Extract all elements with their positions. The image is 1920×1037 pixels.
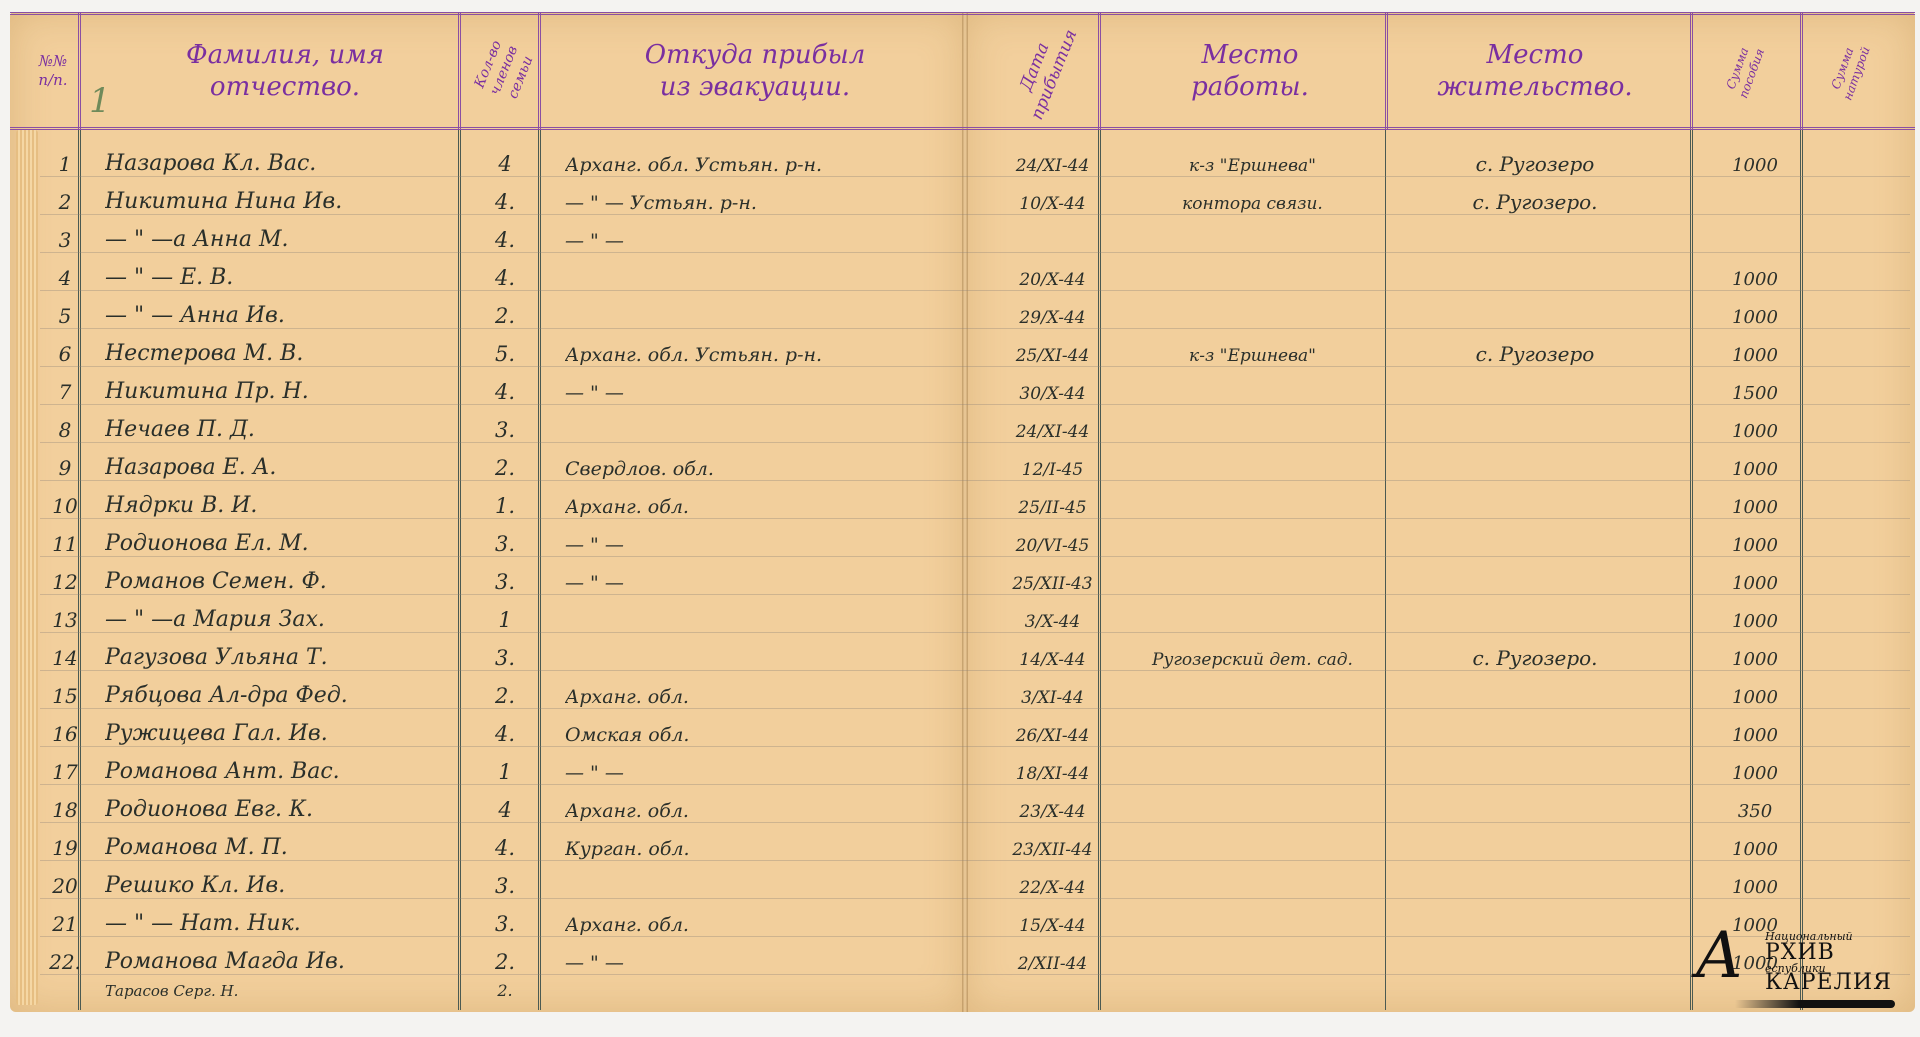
row-work [1125, 214, 1380, 252]
row-date: 12/I-45 [995, 442, 1110, 480]
row-residence [1400, 594, 1670, 632]
row-residence: с. Ругозеро [1400, 138, 1670, 176]
row-name: — " —а Мария Зах. [105, 594, 465, 632]
row-family: 3. [470, 556, 540, 594]
row-work [1125, 518, 1380, 556]
row-name: — " — Анна Ив. [105, 290, 465, 328]
row-name: Рябцова Ал-дра Фед. [105, 670, 465, 708]
row-amount: 1000 [1710, 480, 1800, 518]
row-work [1125, 556, 1380, 594]
row-from: Арханг. обл. [565, 670, 965, 708]
table-row: 16 Ружицева Гал. Ив. 4. Омская обл. 26/X… [10, 708, 1915, 746]
row-family: 1. [470, 480, 540, 518]
row-residence [1400, 366, 1670, 404]
table-row: 6 Нестерова М. В. 5. Арханг. обл. Устьян… [10, 328, 1915, 366]
row-date: 20/X-44 [995, 252, 1110, 290]
table-row: 10 Нядрки В. И. 1. Арханг. обл. 25/II-45… [10, 480, 1915, 518]
archive-watermark: А Национальный РХИВ еспублики КАРЕЛИЯ [1695, 930, 1895, 1000]
row-amount [1710, 214, 1800, 252]
row-amount: 1000 [1710, 138, 1800, 176]
row-name: Нестерова М. В. [105, 328, 465, 366]
row-residence [1400, 442, 1670, 480]
row-amount: 1000 [1710, 518, 1800, 556]
row-date: 29/X-44 [995, 290, 1110, 328]
row-work [1125, 252, 1380, 290]
ledger-spread: №№ п/п. 1 Фамилия, имя отчество. Кол-во … [10, 12, 1915, 1012]
row-work [1125, 746, 1380, 784]
row-amount: 1000 [1710, 404, 1800, 442]
header-number: №№ п/п. [28, 15, 78, 127]
row-number: 18 [40, 784, 90, 822]
row-from: Свердлов. обл. [565, 442, 965, 480]
row-family: 3. [470, 898, 540, 936]
row-amount: 1000 [1710, 746, 1800, 784]
row-number: 19 [40, 822, 90, 860]
row-number: 8 [40, 404, 90, 442]
row-residence [1400, 936, 1670, 974]
row-name: Назарова Е. А. [105, 442, 465, 480]
row-number: 17 [40, 746, 90, 784]
row-name: Назарова Кл. Вас. [105, 138, 465, 176]
row-residence [1400, 708, 1670, 746]
table-row: 5 — " — Анна Ив. 2. 29/X-44 1000 [10, 290, 1915, 328]
row-amount: 1000 [1710, 594, 1800, 632]
table-row: 20 Решико Кл. Ив. 3. 22/X-44 1000 [10, 860, 1915, 898]
row-from: Курган. обл. [565, 822, 965, 860]
row-work [1125, 784, 1380, 822]
row-work [1125, 404, 1380, 442]
row-from [565, 632, 965, 670]
row-name: Ружицева Гал. Ив. [105, 708, 465, 746]
row-name: Романова М. П. [105, 822, 465, 860]
row-from: Арханг. обл. Устьян. р-н. [565, 138, 965, 176]
row-family: 2. [470, 442, 540, 480]
row-name: Нядрки В. И. [105, 480, 465, 518]
row-name: — " — Нат. Ник. [105, 898, 465, 936]
table-row: 14 Рагузова Ульяна Т. 3. 14/X-44 Ругозер… [10, 632, 1915, 670]
row-number: 21 [40, 898, 90, 936]
row-family: 2. [470, 936, 540, 974]
row-name: — " — Е. В. [105, 252, 465, 290]
row-date: 15/X-44 [995, 898, 1110, 936]
row-name: Родионова Ел. М. [105, 518, 465, 556]
row-family: 4. [470, 708, 540, 746]
row-residence [1400, 290, 1670, 328]
row-date: 3/X-44 [995, 594, 1110, 632]
row-amount: 1000 [1710, 670, 1800, 708]
row-work [1125, 670, 1380, 708]
row-name: Рагузова Ульяна Т. [105, 632, 465, 670]
row-date: 30/X-44 [995, 366, 1110, 404]
row-amount: 1000 [1710, 860, 1800, 898]
row-date: 3/XI-44 [995, 670, 1110, 708]
row-work [1125, 822, 1380, 860]
row-residence: с. Ругозеро. [1400, 632, 1670, 670]
column-divider [1385, 12, 1388, 130]
row-amount: 1000 [1710, 252, 1800, 290]
table-row: 4 — " — Е. В. 4. 20/X-44 1000 [10, 252, 1915, 290]
row-family: 1 [470, 746, 540, 784]
row-family: 4. [470, 822, 540, 860]
table-row: 8 Нечаев П. Д. 3. 24/XI-44 1000 [10, 404, 1915, 442]
column-divider [78, 12, 81, 130]
row-name: Романова Ант. Вас. [105, 746, 465, 784]
row-amount: 1000 [1710, 328, 1800, 366]
row-number: 14 [40, 632, 90, 670]
row-date [995, 214, 1110, 252]
row-date: 18/XI-44 [995, 746, 1110, 784]
row-from [565, 860, 965, 898]
row-family: 3. [470, 404, 540, 442]
table-row: 17 Романова Ант. Вас. 1 — " — 18/XI-44 1… [10, 746, 1915, 784]
row-number: 10 [40, 480, 90, 518]
table-row: 21 — " — Нат. Ник. 3. Арханг. обл. 15/X-… [10, 898, 1915, 936]
row-name: Никитина Нина Ив. [105, 176, 465, 214]
row-family: 4 [470, 784, 540, 822]
row-amount: 1000 [1710, 822, 1800, 860]
row-residence [1400, 252, 1670, 290]
row-from [565, 404, 965, 442]
row-from [565, 594, 965, 632]
table-row: 11 Родионова Ел. М. 3. — " — 20/VI-45 10… [10, 518, 1915, 556]
row-date: 20/VI-45 [995, 518, 1110, 556]
column-divider [1690, 12, 1693, 130]
row-number: 1 [40, 138, 90, 176]
row-from: Омская обл. [565, 708, 965, 746]
table-row: 19 Романова М. П. 4. Курган. обл. 23/XII… [10, 822, 1915, 860]
row-from: — " — [565, 366, 965, 404]
row-amount: 1000 [1710, 708, 1800, 746]
row-residence [1400, 784, 1670, 822]
row-family: 2. [470, 970, 540, 1000]
row-date: 25/XII-43 [995, 556, 1110, 594]
table-row: 2 Никитина Нина Ив. 4. — " — Устьян. р-н… [10, 176, 1915, 214]
row-residence [1400, 404, 1670, 442]
row-number: 20 [40, 860, 90, 898]
column-divider [538, 12, 541, 130]
row-residence: с. Ругозеро [1400, 328, 1670, 366]
row-from [565, 290, 965, 328]
row-work: контора связи. [1125, 176, 1380, 214]
header-from-where: Откуда прибыл из эвакуации. [555, 15, 955, 127]
table-row: 12 Романов Семен. Ф. 3. — " — 25/XII-43 … [10, 556, 1915, 594]
row-name: Решико Кл. Ив. [105, 860, 465, 898]
row-family: 5. [470, 328, 540, 366]
row-residence [1400, 670, 1670, 708]
watermark-initial: А [1695, 924, 1743, 988]
row-from: — " — [565, 518, 965, 556]
table-row: 13 — " —а Мария Зах. 1 3/X-44 1000 [10, 594, 1915, 632]
row-name: Никитина Пр. Н. [105, 366, 465, 404]
row-name: Нечаев П. Д. [105, 404, 465, 442]
row-date: 23/XII-44 [995, 822, 1110, 860]
row-residence [1400, 898, 1670, 936]
row-from: Арханг. обл. [565, 784, 965, 822]
row-date: 24/XI-44 [995, 138, 1110, 176]
row-amount: 1000 [1710, 632, 1800, 670]
row-number: 6 [40, 328, 90, 366]
quill-icon [1735, 1000, 1895, 1008]
row-date: 25/XI-44 [995, 328, 1110, 366]
row-number: 2 [40, 176, 90, 214]
row-date: 24/XI-44 [995, 404, 1110, 442]
row-family: 4 [470, 138, 540, 176]
row-work [1125, 442, 1380, 480]
row-from: — " — [565, 214, 965, 252]
row-amount [1710, 176, 1800, 214]
row-date: 2/XII-44 [995, 936, 1110, 974]
row-from: — " — [565, 746, 965, 784]
row-family: 3. [470, 632, 540, 670]
row-number [40, 970, 90, 1000]
row-family: 3. [470, 518, 540, 556]
row-number: 11 [40, 518, 90, 556]
row-number: 16 [40, 708, 90, 746]
row-family: 4. [470, 176, 540, 214]
row-work [1125, 480, 1380, 518]
row-family: 4. [470, 366, 540, 404]
table-row: 1 Назарова Кл. Вас. 4 Арханг. обл. Устья… [10, 138, 1915, 176]
row-number: 3 [40, 214, 90, 252]
row-from: — " — [565, 556, 965, 594]
row-number: 7 [40, 366, 90, 404]
row-name: Тарасов Серг. Н. [105, 970, 465, 1000]
row-residence [1400, 214, 1670, 252]
row-residence: с. Ругозеро. [1400, 176, 1670, 214]
header-workplace: Место работы. [1115, 15, 1385, 127]
row-work [1125, 936, 1380, 974]
row-family: 2. [470, 290, 540, 328]
row-name: Романова Магда Ив. [105, 936, 465, 974]
header-residence: Место жительство. [1390, 15, 1680, 127]
row-work: к-з "Ершнева" [1125, 328, 1380, 366]
row-work [1125, 708, 1380, 746]
row-amount: 1000 [1710, 556, 1800, 594]
table-row: 3 — " —а Анна М. 4. — " — [10, 214, 1915, 252]
row-date: 25/II-45 [995, 480, 1110, 518]
row-from: Арханг. обл. Устьян. р-н. [565, 328, 965, 366]
row-family: 4. [470, 214, 540, 252]
column-divider [1098, 12, 1101, 130]
row-work [1125, 366, 1380, 404]
row-number: 22. [40, 936, 90, 974]
row-date: 14/X-44 [995, 632, 1110, 670]
row-residence [1400, 556, 1670, 594]
column-divider [1800, 12, 1803, 130]
row-work: Ругозерский дет. сад. [1125, 632, 1380, 670]
row-number: 5 [40, 290, 90, 328]
row-number: 13 [40, 594, 90, 632]
row-number: 15 [40, 670, 90, 708]
row-date: 10/X-44 [995, 176, 1110, 214]
row-family: 2. [470, 670, 540, 708]
row-amount: 350 [1710, 784, 1800, 822]
row-name: Романов Семен. Ф. [105, 556, 465, 594]
row-from: — " — Устьян. р-н. [565, 176, 965, 214]
row-family: 4. [470, 252, 540, 290]
header-full-name: Фамилия, имя отчество. [120, 15, 450, 127]
row-number: 4 [40, 252, 90, 290]
row-number: 9 [40, 442, 90, 480]
table-row: 22. Романова Магда Ив. 2. — " — 2/XII-44… [10, 936, 1915, 974]
row-from: — " — [565, 936, 965, 974]
row-amount: 1500 [1710, 366, 1800, 404]
table-row-partial: Тарасов Серг. Н. 2. [10, 970, 1915, 1000]
row-from: Арханг. обл. [565, 480, 965, 518]
row-residence [1400, 746, 1670, 784]
row-residence [1400, 822, 1670, 860]
row-residence [1400, 860, 1670, 898]
row-residence [1400, 480, 1670, 518]
row-amount: 1000 [1710, 290, 1800, 328]
row-name: Родионова Евг. К. [105, 784, 465, 822]
row-work [1125, 290, 1380, 328]
row-date: 22/X-44 [995, 860, 1110, 898]
row-work [1125, 860, 1380, 898]
table-row: 7 Никитина Пр. Н. 4. — " — 30/X-44 1500 [10, 366, 1915, 404]
row-work [1125, 594, 1380, 632]
row-date: 26/XI-44 [995, 708, 1110, 746]
row-from: Арханг. обл. [565, 898, 965, 936]
table-row: 15 Рябцова Ал-дра Фед. 2. Арханг. обл. 3… [10, 670, 1915, 708]
row-work [1125, 898, 1380, 936]
row-family: 3. [470, 860, 540, 898]
table-row: 9 Назарова Е. А. 2. Свердлов. обл. 12/I-… [10, 442, 1915, 480]
table-header: №№ п/п. 1 Фамилия, имя отчество. Кол-во … [10, 12, 1915, 130]
row-number: 12 [40, 556, 90, 594]
row-amount: 1000 [1710, 442, 1800, 480]
row-work: к-з "Ершнева" [1125, 138, 1380, 176]
row-from [565, 252, 965, 290]
row-date: 23/X-44 [995, 784, 1110, 822]
row-name: — " —а Анна М. [105, 214, 465, 252]
watermark-line-4: КАРЕЛИЯ [1765, 970, 1892, 995]
table-row: 18 Родионова Евг. К. 4 Арханг. обл. 23/X… [10, 784, 1915, 822]
row-family: 1 [470, 594, 540, 632]
row-residence [1400, 518, 1670, 556]
column-divider [458, 12, 461, 130]
